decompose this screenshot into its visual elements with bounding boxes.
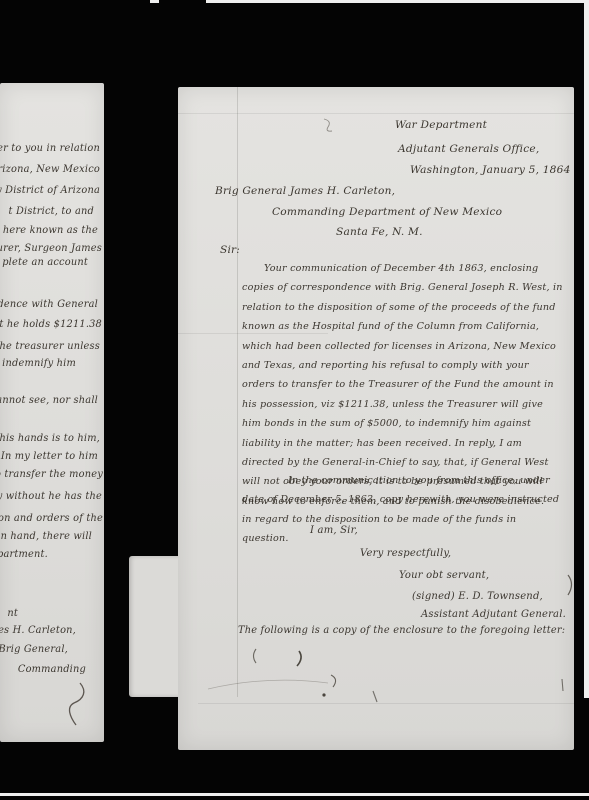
left-page-line: to indemnify him [0,358,76,369]
left-page-line: Commanding [18,664,86,675]
left-page-line: In my letter to him [1,451,98,462]
letter-dateline: Washington, January 5, 1864 [410,164,571,176]
left-page-line: ey without he has the [0,491,102,502]
left-page-line: the treasurer unless [0,341,100,352]
recipient-name: Brig General James H. Carleton, [215,185,395,197]
closing-respectfully: Very respectfully, [360,548,451,559]
scanned-document-photo: tter to you in relation e Arizona, New M… [0,0,589,800]
left-page-line: Brig General, [0,644,68,655]
scan-artifact-line [178,113,574,114]
left-page-line: James H. Carleton, [0,625,76,636]
body-paragraph-2: In the communication to you from this of… [242,471,563,549]
scan-edge-strip-top-left [150,0,159,3]
left-page-line: tion and orders of the [0,513,103,524]
left-page-line: e Arizona, New Mexico [0,164,100,175]
scan-edge-strip-top [206,0,589,3]
letter-department: War Department [395,119,487,131]
left-page-line: Department. [0,549,48,560]
left-page-line: nt [7,608,18,619]
recipient-command: Commanding Department of New Mexico [272,206,502,218]
ink-squiggle [318,117,338,133]
salutation: Sir: [220,244,240,256]
main-page-scan: War Department Adjutant Generals Office,… [178,87,574,750]
left-page-line: dence with General [0,299,98,310]
scan-edge-strip-right [584,0,589,698]
left-page-line: asurer, Surgeon James [0,243,102,254]
left-page-line: y District of Arizona [0,185,100,196]
left-page-line: here known as the [3,225,98,236]
letter-office: Adjutant Generals Office, [398,143,539,155]
left-page-line: t District, to and [9,206,94,217]
left-page-line: his hands is to him, [0,433,100,444]
left-page-line: that he holds $1211.38 [0,319,102,330]
ink-flourish [60,681,94,727]
recipient-place: Santa Fe, N. M. [336,226,423,238]
left-page-line: cannot see, nor shall [0,395,98,406]
left-page-scan: tter to you in relation e Arizona, New M… [0,83,104,742]
left-page-line: n to transfer the money [0,469,103,480]
left-page-line: d on hand, there will [0,531,92,542]
left-page-line: plete an account [2,257,88,268]
left-page-line: tter to you in relation [0,143,100,154]
scan-edge-strip-bottom [0,793,589,796]
ink-marks-overlay [178,567,574,727]
closing-i-am-sir: I am, Sir, [310,525,358,536]
